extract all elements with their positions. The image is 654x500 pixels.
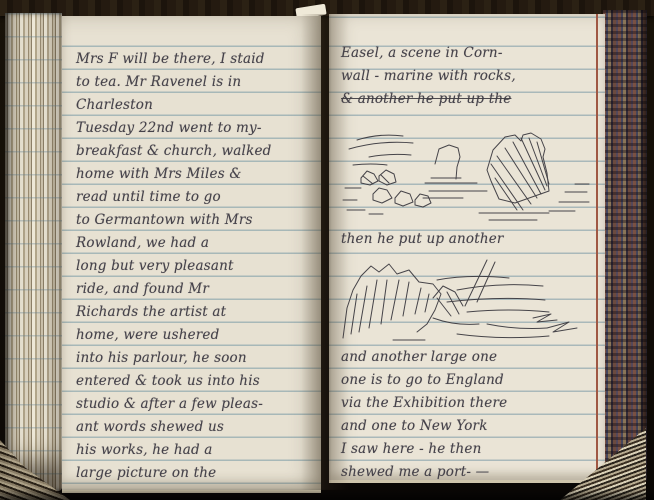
handwriting-line: Mrs F will be there, I staid xyxy=(76,48,272,71)
right-page-edge-stack xyxy=(603,10,647,484)
right-page-handwriting-bottom: and another large one one is to go to En… xyxy=(341,346,507,484)
handwriting-line: Rowland, we had a xyxy=(76,232,272,255)
handwriting-line-struck: & another he put up the xyxy=(341,88,516,111)
handwriting-line: ride, and found Mr xyxy=(76,278,272,301)
handwriting-line: Charleston xyxy=(76,94,272,117)
right-page-handwriting-middle: then he put up another xyxy=(341,228,504,251)
handwriting-line: to Germantown with Mrs xyxy=(76,209,272,232)
cliff-and-sea-sketch xyxy=(337,254,592,344)
handwriting-line: wall - marine with rocks, xyxy=(341,65,516,88)
handwriting-line: Easel, a scene in Corn- xyxy=(341,42,516,65)
handwriting-line: one is to go to England xyxy=(341,369,507,392)
left-page-edge-stack xyxy=(5,13,62,491)
handwriting-line: ant words shewed us xyxy=(76,416,272,439)
handwriting-line: his works, he had a xyxy=(76,439,272,462)
bottom-shadow xyxy=(0,488,654,500)
handwriting-line: I saw here - he then xyxy=(341,438,507,461)
left-page-handwriting: Mrs F will be there, I staid to tea. Mr … xyxy=(76,48,272,485)
handwriting-line: home, were ushered xyxy=(76,324,272,347)
handwriting-line: studio & after a few pleas- xyxy=(76,393,272,416)
handwriting-line: then he put up another xyxy=(341,228,504,251)
handwriting-line: Tuesday 22nd went to my- xyxy=(76,117,272,140)
handwriting-line: large picture on the xyxy=(76,462,272,485)
handwriting-line: shewed me a port- — xyxy=(341,461,507,484)
handwriting-line: via the Exhibition there xyxy=(341,392,507,415)
right-page-handwriting-top: Easel, a scene in Corn- wall - marine wi… xyxy=(341,42,516,111)
handwriting-line: and one to New York xyxy=(341,415,507,438)
handwriting-line: into his parlour, he soon xyxy=(76,347,272,370)
handwriting-line: entered & took us into his xyxy=(76,370,272,393)
handwriting-line: long but very pleasant xyxy=(76,255,272,278)
left-page: Mrs F will be there, I staid to tea. Mr … xyxy=(62,16,321,493)
open-diary-photo: Mrs F will be there, I staid to tea. Mr … xyxy=(0,0,654,500)
right-page: Easel, a scene in Corn- wall - marine wi… xyxy=(329,14,605,483)
coastal-rocks-sketch xyxy=(339,126,594,226)
handwriting-line: read until time to go xyxy=(76,186,272,209)
handwriting-line: breakfast & church, walked xyxy=(76,140,272,163)
handwriting-line: home with Mrs Miles & xyxy=(76,163,272,186)
red-margin-line xyxy=(596,14,598,480)
handwriting-line: Richards the artist at xyxy=(76,301,272,324)
handwriting-line: to tea. Mr Ravenel is in xyxy=(76,71,272,94)
handwriting-line: and another large one xyxy=(341,346,507,369)
